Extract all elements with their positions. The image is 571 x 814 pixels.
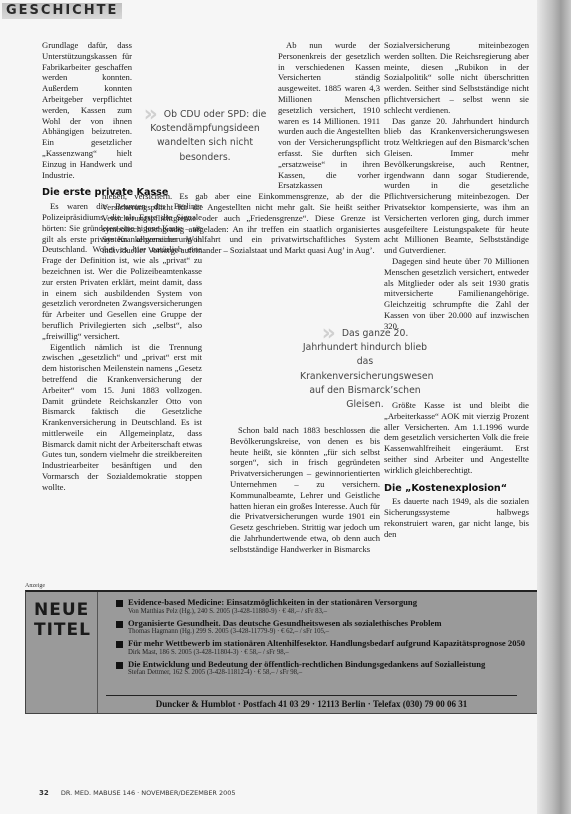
square-bullet-icon xyxy=(116,641,123,648)
article-column-3-lower: Größte Kasse ist und bleibt die „Arbeite… xyxy=(384,400,529,540)
paragraph: Schon bald nach 1883 beschlossen die Bev… xyxy=(230,425,380,555)
paragraph: Eigentlich nämlich ist die Trennung zwis… xyxy=(42,342,202,493)
square-bullet-icon xyxy=(116,600,123,607)
article-column-3: Sozialversicherung miteinbezogen werden … xyxy=(384,40,529,332)
ad-book-item[interactable]: Die Entwicklung und Bedeutung der öffent… xyxy=(116,660,526,678)
ad-title-panel: NEUE TITEL xyxy=(26,592,98,713)
pull-quote-text: Das ganze 20. Jahrhundert hindurch blieb… xyxy=(300,328,434,410)
ad-book-item[interactable]: Organisierte Gesundheit. Das deutsche Ge… xyxy=(116,619,526,637)
article-column-2-bottom: Schon bald nach 1883 beschlossen die Bev… xyxy=(230,425,380,555)
square-bullet-icon xyxy=(116,662,123,669)
square-bullet-icon xyxy=(116,621,123,628)
publication-info: DR. MED. MABUSE 146 · NOVEMBER/DEZEMBER … xyxy=(61,789,236,797)
ad-book-item[interactable]: Für mehr Wettbewerb im stationären Alten… xyxy=(116,639,526,657)
paragraph: hießen, versichern. Es gab aber eine Ein… xyxy=(102,191,380,256)
paragraph: Das ganze 20. Jahrhundert hindurch blieb… xyxy=(384,116,529,256)
paragraph: Dagegen sind heute über 70 Millionen Men… xyxy=(384,256,529,332)
paragraph: Es dauerte nach 1949, als die sozialen S… xyxy=(384,496,529,539)
ad-book-item[interactable]: Evidence-based Medicine: Einsatzmöglichk… xyxy=(116,598,526,616)
paragraph: Ab nun wurde der Personenkreis der geset… xyxy=(230,40,380,191)
ad-title: NEUE TITEL xyxy=(34,600,91,640)
page-number: 32 xyxy=(39,789,49,797)
advertisement[interactable]: NEUE TITEL Evidence-based Medicine: Eins… xyxy=(25,590,538,714)
subheading: Die „Kostenexplosion“ xyxy=(384,484,529,495)
section-header: GESCHICHTE xyxy=(2,3,122,19)
page-edge-shadow xyxy=(537,0,571,814)
ad-publisher-contact: Duncker & Humblot · Postfach 41 03 29 · … xyxy=(106,695,517,709)
magazine-page: GESCHICHTE Grundlage dafür, dass Unterst… xyxy=(0,0,571,814)
ad-book-list: Evidence-based Medicine: Einsatzmöglichk… xyxy=(116,598,526,680)
paragraph: Sozialversicherung miteinbezogen werden … xyxy=(384,40,529,116)
page-footer: 32 DR. MED. MABUSE 146 · NOVEMBER/DEZEMB… xyxy=(39,789,236,797)
article-column-2: Ab nun wurde der Personenkreis der geset… xyxy=(230,40,380,256)
paragraph: Größte Kasse ist und bleibt die „Arbeite… xyxy=(384,400,529,476)
ad-label: Anzeige xyxy=(25,583,45,589)
paragraph: Grundlage dafür, dass Unterstützungskass… xyxy=(42,40,132,180)
